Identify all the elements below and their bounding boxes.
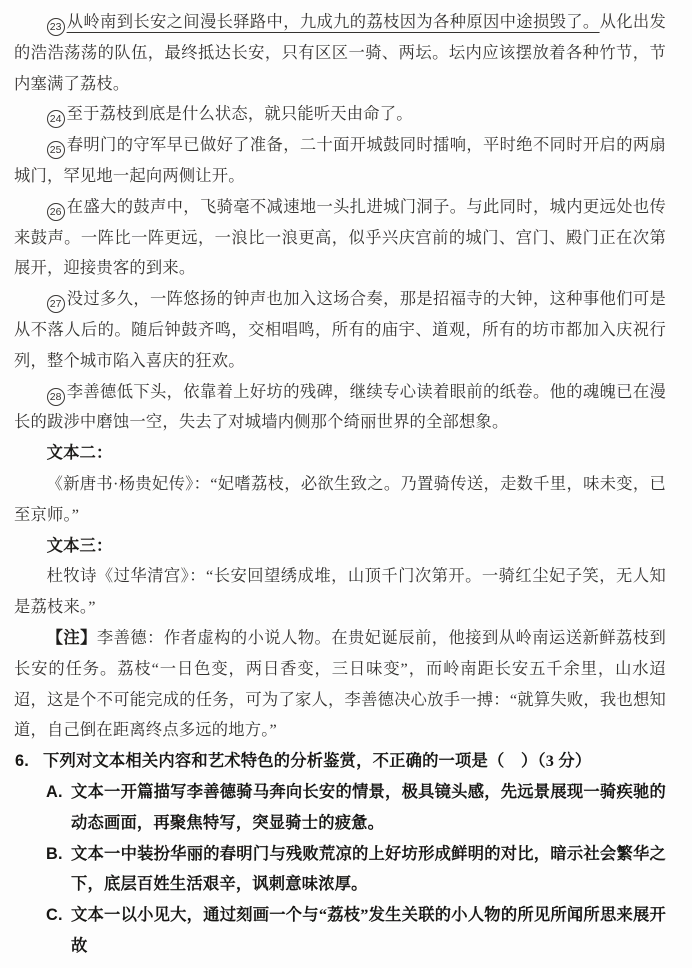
text-two-content: 《新唐书·杨贵妃传》：“妃嗜荔枝，必欲生致之。乃置骑传送，走数千里，味未变，已至… [14,469,666,531]
paragraph-26-text: 在盛大的鼓声中，飞骑毫不减速地一头扎进城门洞子。与此同时，城内更远处也传来鼓声。… [14,197,666,278]
option-a-label: A. [46,777,63,808]
option-b: B. 文本一中装扮华丽的春明门与残败荒凉的上好坊形成鲜明的对比，暗示社会繁华之下… [14,839,666,901]
question-6: 6. 下列对文本相关内容和艺术特色的分析鉴赏，不正确的一项是（ ）（3 分） [14,746,666,777]
text-three-content: 杜牧诗《过华清宫》：“长安回望绣成堆，山顶千门次第开。一骑红尘妃子笑，无人知是荔… [14,561,666,623]
circled-number-28: 28 [47,388,65,406]
paragraph-26: 26在盛大的鼓声中，飞骑毫不减速地一头扎进城门洞子。与此同时，城内更远处也传来鼓… [14,192,666,284]
circled-number-25: 25 [47,141,65,159]
paragraph-28: 28李善德低下头，依靠着上好坊的残碑，继续专心读着眼前的纸卷。他的魂魄已在漫长的… [14,377,666,439]
circled-number-26: 26 [47,203,65,221]
paragraph-24-text: 至于荔枝到底是什么状态，就只能听天由命了。 [67,104,413,123]
text-two-heading: 文本二： [14,438,666,469]
circled-number-23: 23 [47,18,65,36]
note-section: 【注】李善德：作者虚构的小说人物。在贵妃诞辰前，他接到从岭南运送新鲜荔枝到长安的… [14,623,666,746]
option-b-label: B. [46,839,63,870]
question-section: 6. 下列对文本相关内容和艺术特色的分析鉴赏，不正确的一项是（ ）（3 分） A… [14,746,666,962]
question-number: 6. [15,746,29,777]
question-stem: 下列对文本相关内容和艺术特色的分析鉴赏，不正确的一项是（ ）（3 分） [43,751,591,770]
text-two-section: 文本二： 《新唐书·杨贵妃传》：“妃嗜荔枝，必欲生致之。乃置骑传送，走数千里，味… [14,438,666,530]
paragraph-25: 25春明门的守军早已做好了准备，二十面开城鼓同时擂响，平时绝不同时开启的两扇城门… [14,130,666,192]
text-three-section: 文本三： 杜牧诗《过华清宫》：“长安回望绣成堆，山顶千门次第开。一骑红尘妃子笑，… [14,531,666,623]
paragraph-27-text: 没过多久，一阵悠扬的钟声也加入这场合奏，那是招福寺的大钟，这种事他们可是从不落人… [14,289,666,370]
paragraph-23: 23从岭南到长安之间漫长驿路中，九成九的荔枝因为各种原因中途损毁了。从化出发的浩… [14,7,666,99]
circled-number-27: 27 [47,295,65,313]
option-c: C. 文本一以小见大，通过刻画一个与“荔枝”发生关联的小人物的所见所闻所思来展开… [14,900,666,962]
note-label: 【注】 [47,628,97,647]
note-paragraph: 【注】李善德：作者虚构的小说人物。在贵妃诞辰前，他接到从岭南运送新鲜荔枝到长安的… [14,623,666,746]
paragraph-24: 24至于荔枝到底是什么状态，就只能听天由命了。 [14,99,666,130]
option-c-label: C. [46,900,63,931]
text-three-heading: 文本三： [14,531,666,562]
option-a: A. 文本一开篇描写李善德骑马奔向长安的情景，极具镜头感，先远景展现一骑疾驰的动… [14,777,666,839]
option-c-text: 文本一以小见大，通过刻画一个与“荔枝”发生关联的小人物的所见所闻所思来展开故 [71,905,666,955]
paragraph-23-underlined-sentence: 从岭南到长安之间漫长驿路中，九成九的荔枝因为各种原因中途损毁了。 [67,12,600,31]
option-a-text: 文本一开篇描写李善德骑马奔向长安的情景，极具镜头感，先远景展现一骑疾驰的动态画面… [71,782,666,832]
text-one-section: 23从岭南到长安之间漫长驿路中，九成九的荔枝因为各种原因中途损毁了。从化出发的浩… [14,7,666,438]
option-b-text: 文本一中装扮华丽的春明门与残败荒凉的上好坊形成鲜明的对比，暗示社会繁华之下，底层… [71,844,666,894]
circled-number-24: 24 [47,110,65,128]
paragraph-28-text: 李善德低下头，依靠着上好坊的残碑，继续专心读着眼前的纸卷。他的魂魄已在漫长的跋涉… [14,382,666,432]
exam-page: 23从岭南到长安之间漫长驿路中，九成九的荔枝因为各种原因中途损毁了。从化出发的浩… [0,0,692,968]
paragraph-27: 27没过多久，一阵悠扬的钟声也加入这场合奏，那是招福寺的大钟，这种事他们可是从不… [14,284,666,376]
paragraph-25-text: 春明门的守军早已做好了准备，二十面开城鼓同时擂响，平时绝不同时开启的两扇城门，罕… [14,135,666,185]
note-text: 李善德：作者虚构的小说人物。在贵妃诞辰前，他接到从岭南运送新鲜荔枝到长安的任务。… [14,628,666,739]
